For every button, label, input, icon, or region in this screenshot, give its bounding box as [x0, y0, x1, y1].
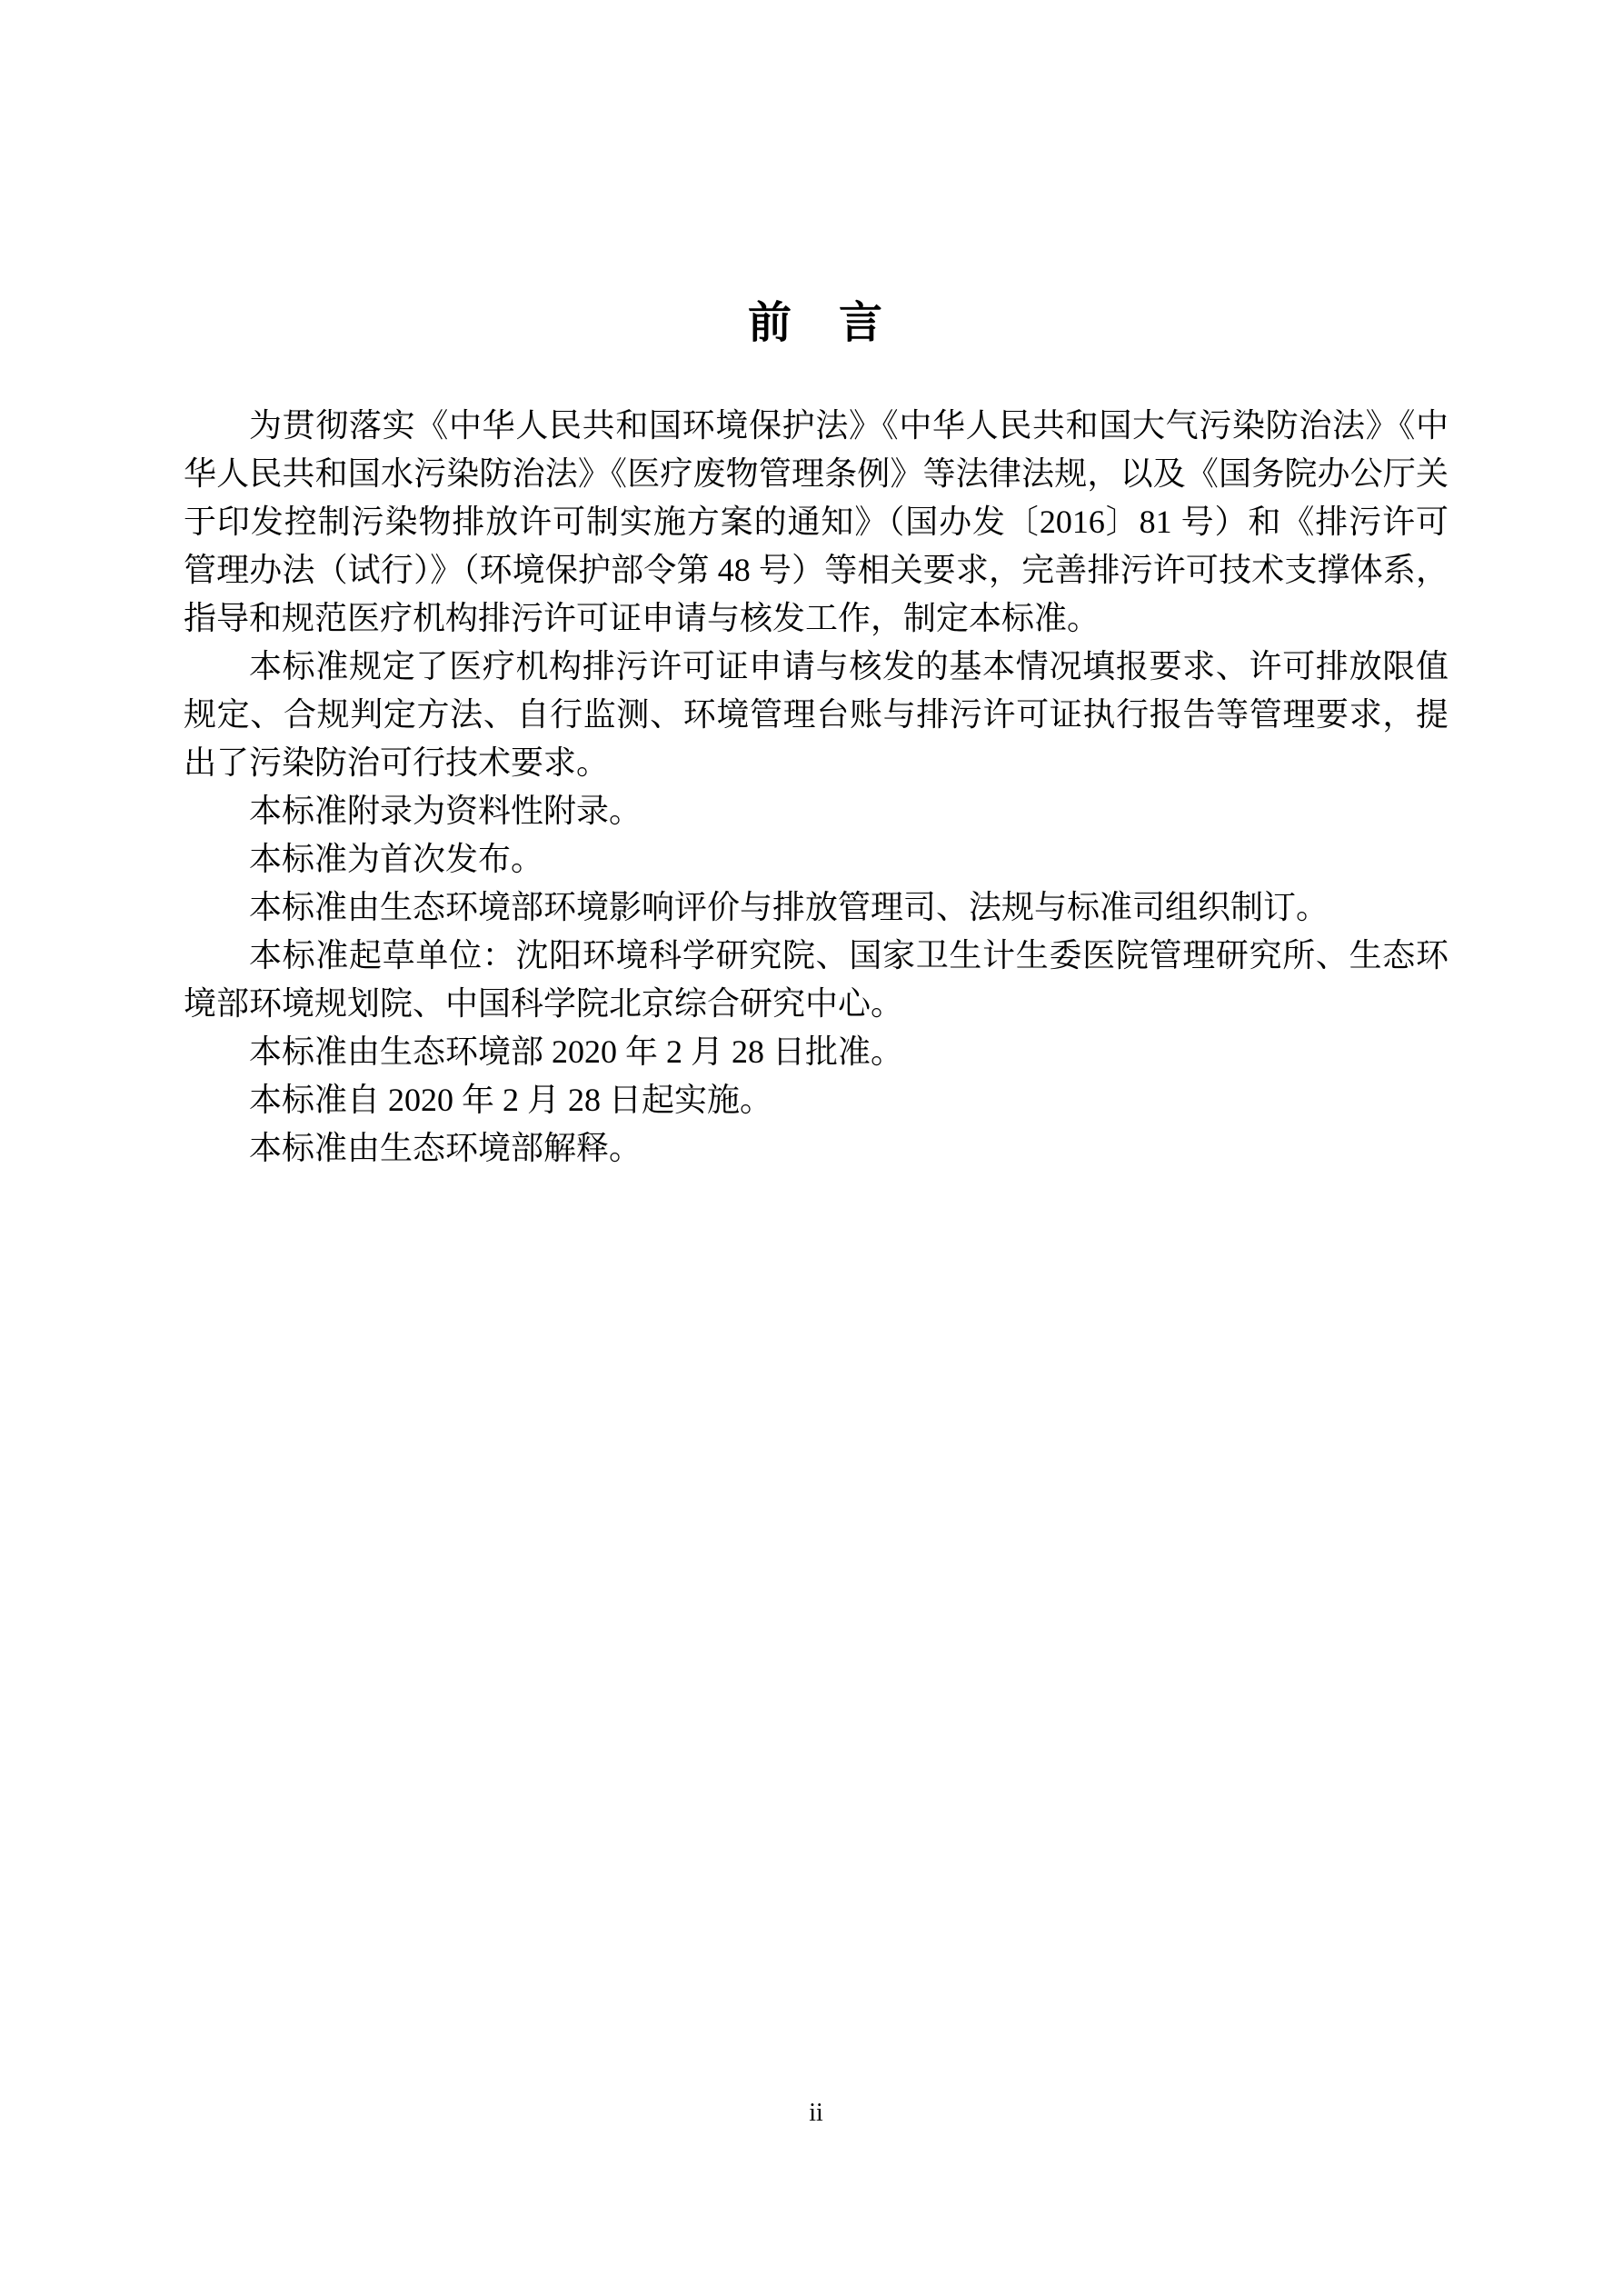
foreword-paragraph-approval-date: 本标准由生态环境部 2020 年 2 月 28 日批准。 — [184, 1028, 1449, 1076]
page-title: 前 言 — [184, 296, 1449, 351]
foreword-paragraph-organizing-department: 本标准由生态环境部环境影响评价与排放管理司、法规与标准司组织制订。 — [184, 883, 1449, 932]
document-page: 前 言 为贯彻落实《中华人民共和国环境保护法》《中华人民共和国大气污染防治法》《… — [0, 0, 1623, 2296]
foreword-paragraph-drafting-units: 本标准起草单位：沈阳环境科学研究院、国家卫生计生委医院管理研究所、生态环境部环境… — [184, 932, 1449, 1028]
foreword-paragraph-first-publication: 本标准为首次发布。 — [184, 835, 1449, 883]
foreword-paragraph-legal-basis: 为贯彻落实《中华人民共和国环境保护法》《中华人民共和国大气污染防治法》《中华人民… — [184, 402, 1449, 643]
foreword-paragraph-interpretation: 本标准由生态环境部解释。 — [184, 1124, 1449, 1173]
foreword-paragraph-appendix-note: 本标准附录为资料性附录。 — [184, 787, 1449, 835]
foreword-paragraph-scope: 本标准规定了医疗机构排污许可证申请与核发的基本情况填报要求、许可排放限值规定、合… — [184, 643, 1449, 787]
foreword-paragraph-effective-date: 本标准自 2020 年 2 月 28 日起实施。 — [184, 1076, 1449, 1124]
foreword-body: 为贯彻落实《中华人民共和国环境保护法》《中华人民共和国大气污染防治法》《中华人民… — [184, 402, 1449, 1173]
page-number: ii — [184, 2098, 1449, 2129]
